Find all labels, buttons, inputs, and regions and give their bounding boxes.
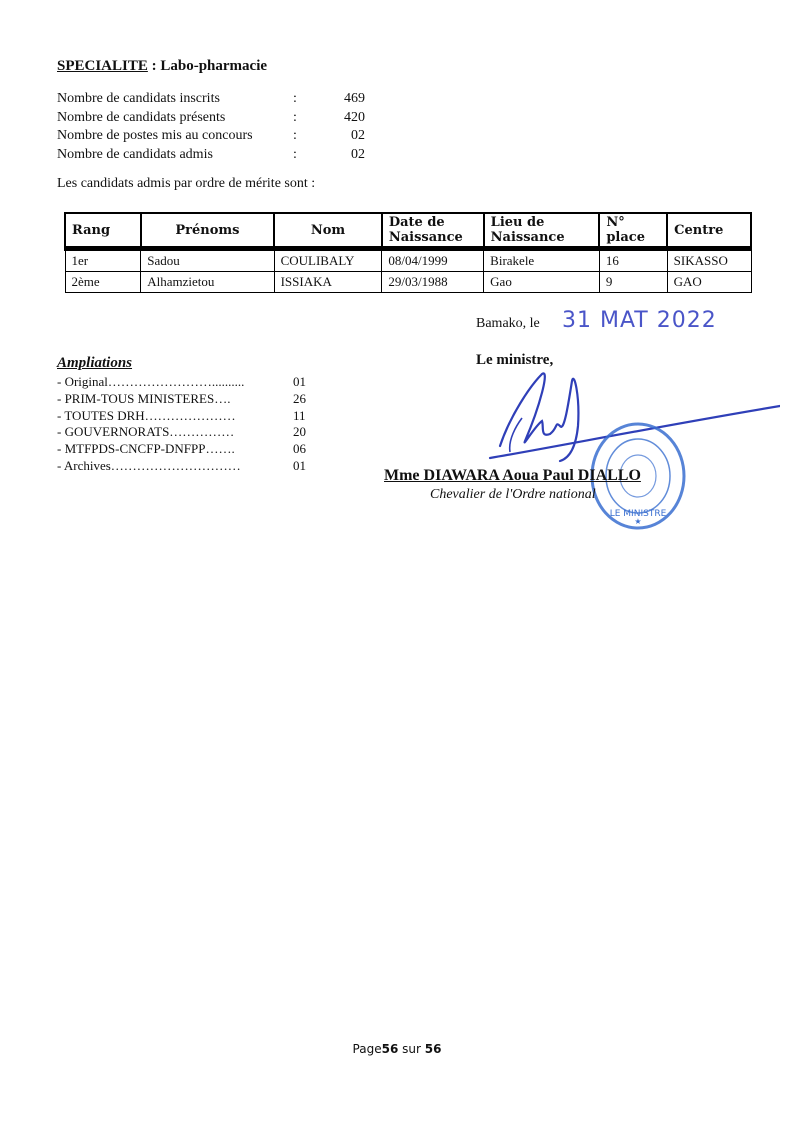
stat-label: Nombre de postes mis au concours [57, 127, 293, 146]
page-word: Page [353, 1042, 382, 1056]
stat-colon: : [293, 127, 313, 146]
ampliation-label: - PRIM-TOUS MINISTERES…. [57, 391, 293, 408]
stat-value: 02 [313, 146, 365, 165]
date-stamp: 31 MAT 2022 [562, 308, 717, 333]
ampliation-count: 26 [293, 391, 323, 408]
stat-colon: : [293, 90, 313, 109]
stat-colon: : [293, 109, 313, 128]
cell-nom: COULIBALY [274, 249, 382, 272]
header-nom: Nom [274, 213, 382, 249]
stat-row: Nombre de candidats présents:420 [57, 109, 365, 128]
header-lieu-naissance: Lieu de Naissance [484, 213, 600, 249]
ampliation-label: - GOUVERNORATS…………… [57, 424, 293, 441]
page-footer: Page56 sur 56 [0, 1042, 794, 1056]
specialite-separator: : [148, 58, 161, 74]
specialite-label: SPECIALITE [57, 58, 148, 74]
cell-nom: ISSIAKA [274, 272, 382, 293]
ampliation-count: 01 [293, 458, 323, 475]
header-centre: Centre [667, 213, 751, 249]
ampliation-count: 01 [293, 374, 323, 391]
header-date-naissance: Date de Naissance [382, 213, 484, 249]
place-prefix: Bamako, le [476, 316, 540, 332]
ampliation-label: - Original…………………….......... [57, 374, 293, 391]
ampliation-label: - TOUTES DRH………………… [57, 408, 293, 425]
cell-prenoms: Sadou [141, 249, 274, 272]
stat-row: Nombre de candidats inscrits:469 [57, 90, 365, 109]
list-item: - GOUVERNORATS……………20 [57, 424, 323, 441]
list-item: - Original……………………..........01 [57, 374, 323, 391]
cell-place: 9 [599, 272, 667, 293]
stat-label: Nombre de candidats inscrits [57, 90, 293, 109]
cell-rang: 1er [65, 249, 141, 272]
header-rang: Rang [65, 213, 141, 249]
page-total: 56 [425, 1042, 442, 1056]
ampliation-count: 20 [293, 424, 323, 441]
results-table: Rang Prénoms Nom Date de Naissance Lieu … [64, 212, 752, 293]
stat-value: 469 [313, 90, 365, 109]
stat-value: 420 [313, 109, 365, 128]
list-item: - MTFPDS-CNCFP-DNFPP…….06 [57, 441, 323, 458]
ampliations-list: - Original……………………..........01 - PRIM-TO… [57, 374, 323, 475]
table-row: 1er Sadou COULIBALY 08/04/1999 Birakele … [65, 249, 751, 272]
page-number: 56 [382, 1042, 399, 1056]
ampliation-count: 11 [293, 408, 323, 425]
signatory-title: Chevalier de l'Ordre national [430, 487, 596, 503]
stat-row: Nombre de postes mis au concours:02 [57, 127, 365, 146]
stat-label: Nombre de candidats présents [57, 109, 293, 128]
svg-text:★: ★ [634, 517, 641, 526]
stat-row: Nombre de candidats admis:02 [57, 146, 365, 165]
header-prenoms: Prénoms [141, 213, 274, 249]
cell-centre: SIKASSO [667, 249, 751, 272]
stat-label: Nombre de candidats admis [57, 146, 293, 165]
cell-place: 16 [599, 249, 667, 272]
list-item: - PRIM-TOUS MINISTERES….26 [57, 391, 323, 408]
intro-text: Les candidats admis par ordre de mérite … [57, 176, 315, 192]
cell-lieu: Birakele [484, 249, 600, 272]
list-item: - Archives…………………………01 [57, 458, 323, 475]
specialite-heading: SPECIALITE : Labo-pharmacie [57, 58, 267, 75]
page-sur: sur [402, 1042, 421, 1056]
header-num-place: N° place [599, 213, 667, 249]
signatory-name: Mme DIAWARA Aoua Paul DIALLO [384, 467, 641, 485]
cell-rang: 2ème [65, 272, 141, 293]
table-header-row: Rang Prénoms Nom Date de Naissance Lieu … [65, 213, 751, 249]
specialite-value: Labo-pharmacie [160, 58, 267, 74]
cell-lieu: Gao [484, 272, 600, 293]
ampliation-label: - MTFPDS-CNCFP-DNFPP……. [57, 441, 293, 458]
cell-centre: GAO [667, 272, 751, 293]
table-row: 2ème Alhamzietou ISSIAKA 29/03/1988 Gao … [65, 272, 751, 293]
stats-list: Nombre de candidats inscrits:469 Nombre … [57, 90, 365, 164]
stat-value: 02 [313, 127, 365, 146]
cell-prenoms: Alhamzietou [141, 272, 274, 293]
stat-colon: : [293, 146, 313, 165]
cell-date: 08/04/1999 [382, 249, 484, 272]
ampliations-title: Ampliations [57, 355, 132, 372]
cell-date: 29/03/1988 [382, 272, 484, 293]
ampliation-label: - Archives………………………… [57, 458, 293, 475]
list-item: - TOUTES DRH…………………11 [57, 408, 323, 425]
ampliation-count: 06 [293, 441, 323, 458]
